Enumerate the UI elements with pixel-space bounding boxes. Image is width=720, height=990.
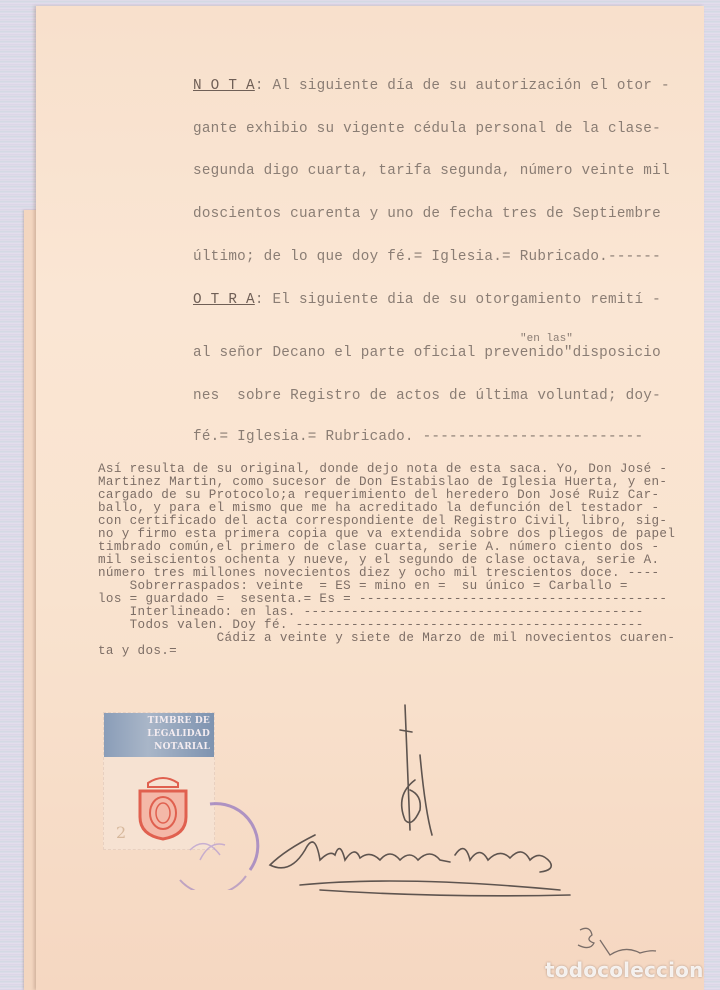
stamp-header: TIMBRE DE LEGALIDAD NOTARIAL bbox=[104, 713, 214, 757]
text-line: O T R A: El siguiente dia de su otorgami… bbox=[193, 292, 661, 308]
text-line: nes sobre Registro de actos de última vo… bbox=[193, 388, 661, 404]
text-line: último; de lo que doy fé.= Iglesia.= Rub… bbox=[193, 249, 661, 265]
notary-seal-icon bbox=[170, 800, 260, 890]
interlineation: "en las" bbox=[520, 333, 573, 345]
nota-label: N O T A bbox=[193, 78, 255, 94]
text-line: gante exhibio su vigente cédula personal… bbox=[193, 121, 661, 137]
text-line: al señor Decano el parte oficial preveni… bbox=[193, 345, 661, 361]
text-line: fé.= Iglesia.= Rubricado. --------------… bbox=[193, 429, 643, 445]
handwritten-signature bbox=[260, 700, 590, 900]
text-line: segunda digo cuarta, tarifa segunda, núm… bbox=[193, 163, 670, 179]
otra-label: O T R A bbox=[193, 292, 255, 308]
text-line: ta y dos.= bbox=[98, 645, 177, 658]
text-line: doscientos cuarenta y uno de fecha tres … bbox=[193, 206, 661, 222]
watermark: todocoleccion bbox=[545, 958, 704, 982]
text-line: Cádiz a veinte y siete de Marzo de mil n… bbox=[98, 632, 675, 645]
stamp-value: 2 bbox=[116, 823, 126, 842]
text-line: N O T A: Al siguiente día de su autoriza… bbox=[193, 78, 670, 94]
